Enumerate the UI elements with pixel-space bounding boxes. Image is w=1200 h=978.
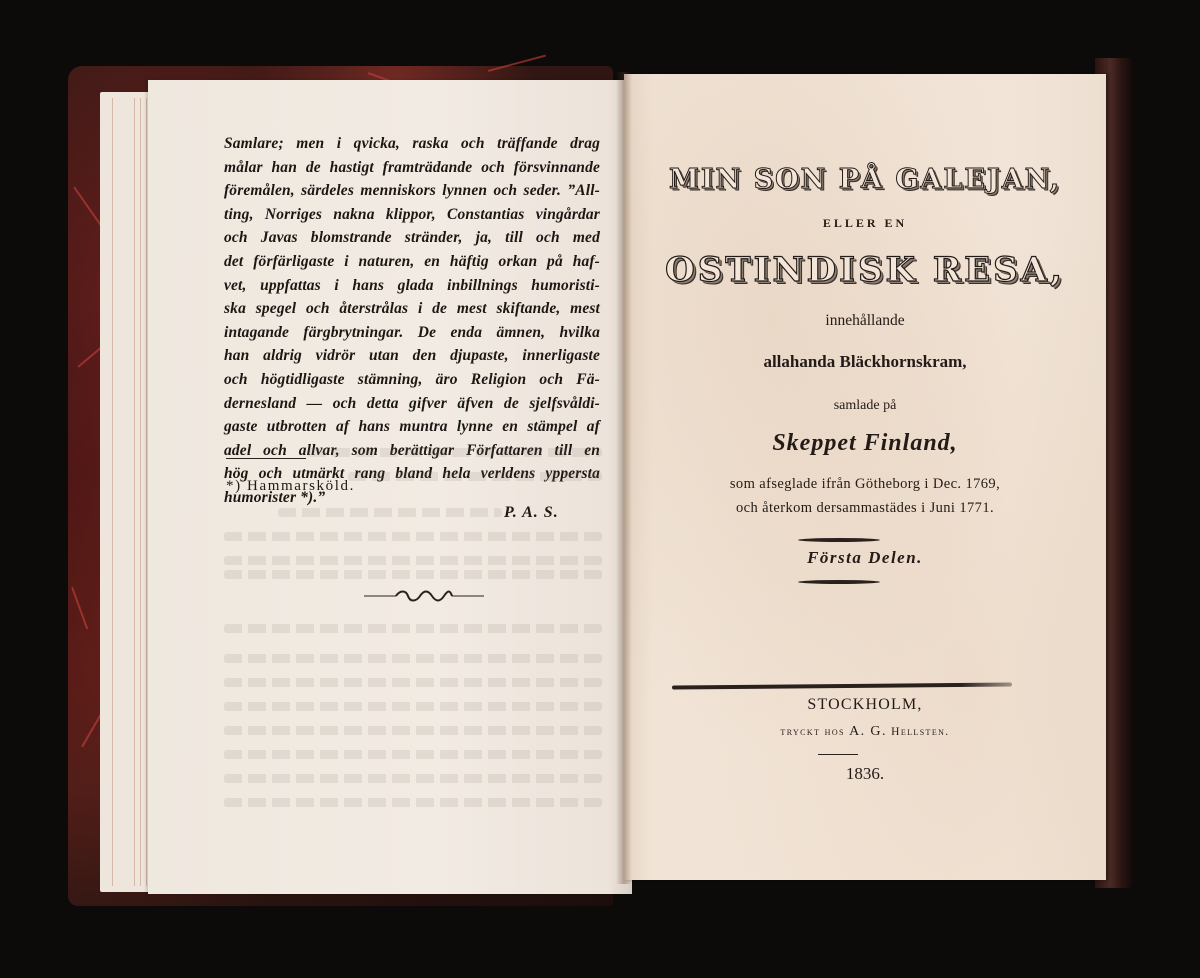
text-line: och högtidligaste stämning, äro Religion…: [224, 368, 600, 392]
title-connector: ELLER EN: [624, 216, 1106, 231]
text-line: målar han de hastigt framträdande och fö…: [224, 156, 600, 180]
text-line: det förfärligaste i naturen, en häftig o…: [224, 250, 600, 274]
imprint-rule: [672, 683, 1012, 690]
voyage-line-1: som afseglade ifrån Götheborg i Dec. 176…: [624, 476, 1106, 493]
open-book-photo: Samlare; men i qvicka, raska och träffan…: [0, 0, 1200, 978]
bleed-through-line: [308, 448, 602, 457]
imprint-printer: tryckt hos A. G. Hellsten.: [624, 724, 1106, 740]
bleed-through-line: [224, 624, 602, 633]
title-page: MIN SON PÅ GALEJAN, ELLER EN OSTINDISK R…: [624, 74, 1106, 880]
text-line: gaste utbrotten af hans muntra lynne en …: [224, 415, 600, 439]
voyage-line-2: och återkom dersammastädes i Juni 1771.: [624, 500, 1106, 517]
printer-prefix: tryckt hos: [780, 726, 844, 738]
bleed-through-line: [224, 556, 602, 565]
page-edge-line: [112, 98, 113, 886]
bleed-through-line: [224, 532, 602, 541]
printer-name: Hellsten.: [891, 726, 949, 738]
marbling-vein: [71, 587, 88, 630]
text-line: dernesland — och detta gifver äfven de s…: [224, 392, 600, 416]
bleed-through-line: [224, 798, 602, 807]
year-rule: [818, 754, 858, 755]
tailpiece-ornament-icon: [364, 588, 484, 604]
page-edge-line: [140, 98, 141, 886]
bleed-through-line: [224, 654, 602, 663]
text-line: intagande färgbrytningar. De enda ämnen,…: [224, 321, 600, 345]
bleed-through-line: [224, 726, 602, 735]
imprint-place: STOCKHOLM,: [624, 696, 1106, 714]
text-line: och Javas blomstrande stränder, ja, till…: [224, 226, 600, 250]
footnote: *) Hammarsköld.: [226, 478, 355, 495]
bleed-through-line: [224, 774, 602, 783]
volume-label: Första Delen.: [624, 548, 1106, 568]
ship-name: Skeppet Finland,: [624, 430, 1106, 457]
bleed-through-line: [348, 472, 602, 481]
book-gutter: [616, 72, 632, 884]
text-line: föremålen, särdeles menniskors lynnen oc…: [224, 179, 600, 203]
subtitle-3: samlade på: [624, 398, 1106, 414]
text-line: han aldrig vidrör utan den djupaste, inn…: [224, 344, 600, 368]
text-line: vet, uppfattas i hans glada inbillnings …: [224, 274, 600, 298]
footnote-rule: [226, 458, 306, 459]
printer-initials: A. G.: [849, 724, 887, 739]
bleed-through-line: [224, 702, 602, 711]
marbling-vein: [488, 55, 546, 72]
subtitle-1: innehållande: [624, 312, 1106, 330]
bleed-through-line: [224, 570, 602, 579]
bleed-through-line: [278, 508, 502, 517]
title-line-2: OSTINDISK RESA,: [624, 250, 1106, 290]
text-line: ska spegel och återstrålas i de mest ski…: [224, 297, 600, 321]
page-edge-line: [134, 98, 135, 886]
imprint-year: 1836.: [624, 764, 1106, 784]
swelled-rule: [798, 580, 880, 584]
title-line-1: MIN SON PÅ GALEJAN,: [624, 164, 1106, 195]
text-line: ting, Norriges nakna klippor, Constantia…: [224, 203, 600, 227]
swelled-rule: [798, 538, 880, 542]
left-page: Samlare; men i qvicka, raska och träffan…: [148, 80, 632, 894]
page-edge-line: [146, 98, 147, 886]
text-line: Samlare; men i qvicka, raska och träffan…: [224, 132, 600, 156]
bleed-through-line: [224, 750, 602, 759]
subtitle-2: allahanda Bläckhornskram,: [624, 352, 1106, 372]
bleed-through-line: [224, 678, 602, 687]
author-initials: P. A. S.: [504, 504, 559, 522]
